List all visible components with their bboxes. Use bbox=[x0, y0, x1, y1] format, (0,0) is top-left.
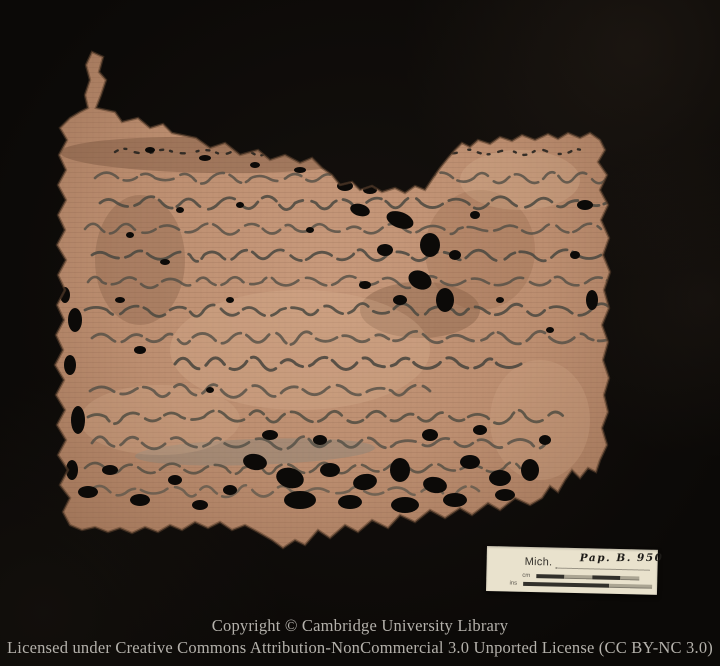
cm-bar-segment bbox=[620, 576, 639, 580]
caption: Copyright © Cambridge University Library… bbox=[0, 615, 720, 659]
collection-label: Mich. bbox=[525, 557, 553, 569]
cm-scale-bar bbox=[536, 574, 639, 580]
ins-scale-bar bbox=[523, 582, 652, 589]
ins-bar-segment bbox=[609, 584, 652, 589]
shelfmark-handwritten: Pap. B. 950 bbox=[580, 552, 664, 564]
photo-stage: Mich. Pap. B. 950 cm ins Copyright © Cam… bbox=[0, 0, 720, 666]
license-line: Licensed under Creative Commons Attribut… bbox=[0, 637, 720, 659]
cm-bar-segment bbox=[592, 575, 620, 580]
ins-scale-row: ins bbox=[497, 580, 657, 590]
scale-card: Mich. Pap. B. 950 cm ins bbox=[486, 546, 658, 595]
copyright-line: Copyright © Cambridge University Library bbox=[0, 615, 720, 637]
ins-unit-label: ins bbox=[497, 580, 517, 586]
ins-bar-segment bbox=[523, 582, 609, 588]
cm-bar-segment bbox=[564, 575, 592, 580]
dotted-leader-line: Pap. B. 950 bbox=[555, 555, 650, 571]
cm-bar-segment bbox=[536, 574, 564, 579]
cm-unit-label: cm bbox=[510, 573, 530, 579]
scale-card-label-row: Mich. Pap. B. 950 bbox=[525, 554, 650, 571]
